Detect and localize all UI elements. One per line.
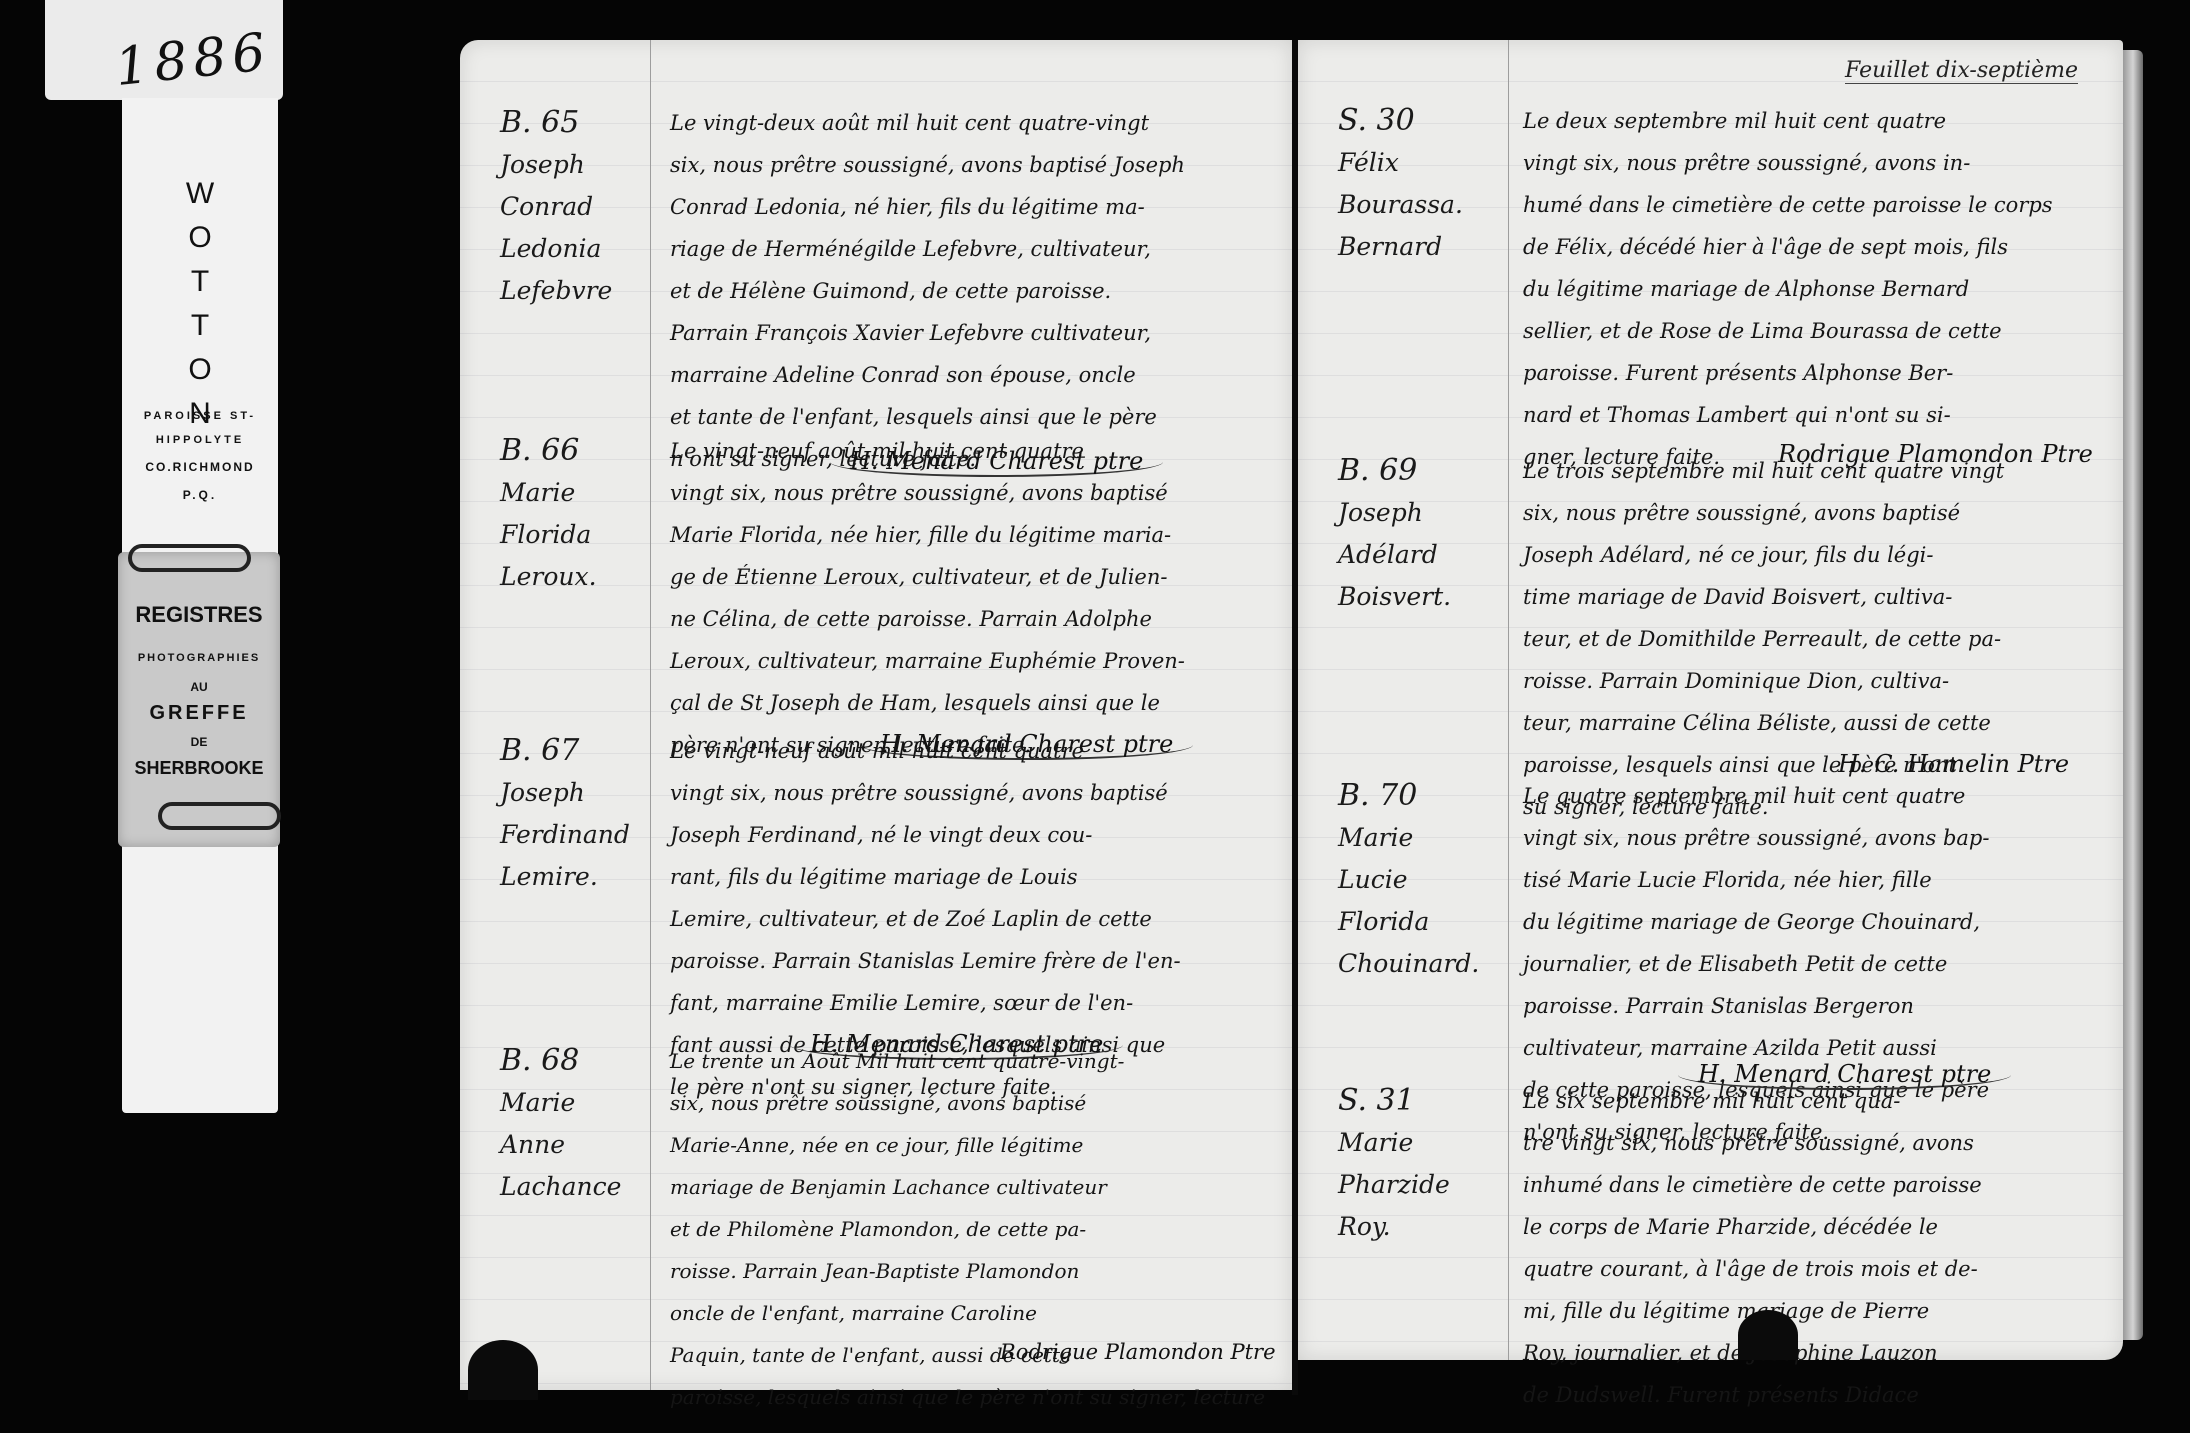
tag-line: AU <box>118 680 280 694</box>
folio-heading: Feuillet dix-septième <box>1845 58 2078 84</box>
entry-name: Adélard <box>1338 534 1463 576</box>
parish-letter: W <box>186 178 214 210</box>
entry-name: Lucie <box>1338 859 1463 901</box>
entry-margin: B. 66 Marie Florida Leroux. <box>500 430 625 598</box>
tag-line: SHERBROOKE <box>118 758 280 779</box>
entry-name: Félix <box>1338 142 1463 184</box>
entry-name: Leroux. <box>500 556 625 598</box>
tag-line: GREFFE <box>118 702 280 725</box>
entry-name: Lefebvre <box>500 270 625 312</box>
parish-letter: T <box>191 310 209 342</box>
entry-name: Florida <box>500 514 625 556</box>
entry-name: Roy. <box>1338 1206 1463 1248</box>
entry-number: B. 69 <box>1338 450 1463 492</box>
entry-name: Marie <box>1338 817 1463 859</box>
parish-name-vertical: W O T T O N <box>122 178 278 430</box>
entry-signature: H. C. Hamelin Ptre <box>1838 750 2069 778</box>
tag-line: REGISTRES <box>118 602 280 628</box>
county-label: CO.RICHMOND <box>122 460 278 474</box>
margin-rule <box>650 40 651 1390</box>
entry-name: Bourassa. <box>1338 184 1463 226</box>
entry-name: Joseph <box>500 144 625 186</box>
entry-number: S. 30 <box>1338 100 1463 142</box>
page-stack-edge <box>2123 50 2143 1340</box>
parish-line-2: HIPPOLYTE <box>122 434 278 446</box>
entry-signature: Rodrigue Plamondon Ptre <box>1000 1340 1276 1364</box>
entry-margin: B. 65 Joseph Conrad Ledonia Lefebvre <box>500 102 625 312</box>
register-page-left: B. 65 Joseph Conrad Ledonia Lefebvre Le … <box>460 40 1292 1390</box>
entry-name: Florida <box>1338 901 1463 943</box>
entry-number: S. 31 <box>1338 1080 1463 1122</box>
entry-number: B. 70 <box>1338 775 1463 817</box>
entry-text: Le deux septembre mil huit cent quatre v… <box>1523 100 2103 478</box>
paper-clip-icon <box>128 544 251 572</box>
entry-name: Bernard <box>1338 226 1463 268</box>
paper-clip-icon <box>158 802 281 830</box>
entry-name: Chouinard. <box>1338 943 1463 985</box>
entry-number: B. 66 <box>500 430 625 472</box>
province-label: P.Q. <box>122 488 278 502</box>
entry-margin: B. 70 Marie Lucie Florida Chouinard. <box>1338 775 1463 985</box>
entry-margin: S. 30 Félix Bourassa. Bernard <box>1338 100 1463 268</box>
archive-tag: REGISTRES PHOTOGRAPHIES AU GREFFE DE SHE… <box>118 552 280 847</box>
parish-letter: T <box>191 266 209 298</box>
entry-name: Boisvert. <box>1338 576 1463 618</box>
entry-margin: B. 67 Joseph Ferdinand Lemire. <box>500 730 625 898</box>
entry-name: Lemire. <box>500 856 625 898</box>
entry-name: Marie <box>500 472 625 514</box>
entry-name: Marie <box>1338 1122 1463 1164</box>
entry-name: Joseph <box>1338 492 1463 534</box>
thumb-shadow <box>1738 1310 1798 1360</box>
register-book: B. 65 Joseph Conrad Ledonia Lefebvre Le … <box>460 40 2160 1395</box>
entry-name: Ledonia <box>500 228 625 270</box>
entry-number: B. 65 <box>500 102 625 144</box>
tag-line: DE <box>118 735 280 749</box>
entry-name: Lachance <box>500 1166 625 1208</box>
entry-number: B. 68 <box>500 1040 625 1082</box>
thumb-shadow <box>468 1340 538 1400</box>
entry-name: Ferdinand <box>500 814 625 856</box>
entry-margin: S. 31 Marie Pharzide Roy. <box>1338 1080 1463 1248</box>
year-label: 1886 <box>112 22 274 98</box>
tag-line: PHOTOGRAPHIES <box>118 652 280 664</box>
entry-name: Anne <box>500 1124 625 1166</box>
entry-margin: B. 68 Marie Anne Lachance <box>500 1040 625 1208</box>
entry-name: Pharzide <box>1338 1164 1463 1206</box>
entry-text: Le six septembre mil huit cent qua- tre … <box>1523 1080 2103 1416</box>
parish-letter: O <box>188 222 211 254</box>
register-page-right: Feuillet dix-septième S. 30 Félix Bouras… <box>1298 40 2123 1360</box>
entry-name: Conrad <box>500 186 625 228</box>
year-card: 1886 <box>45 0 283 100</box>
entry-text: Le vingt-deux août mil huit cent quatre-… <box>670 102 1267 480</box>
parish-letter: O <box>188 354 211 386</box>
entry-margin: B. 69 Joseph Adélard Boisvert. <box>1338 450 1463 618</box>
margin-rule <box>1508 40 1509 1360</box>
parish-line-1: PAROISSE ST- <box>122 410 278 422</box>
entry-text: Le vingt-neuf août mil huit cent quatre … <box>670 430 1267 766</box>
entry-name: Joseph <box>500 772 625 814</box>
entry-name: Marie <box>500 1082 625 1124</box>
entry-number: B. 67 <box>500 730 625 772</box>
